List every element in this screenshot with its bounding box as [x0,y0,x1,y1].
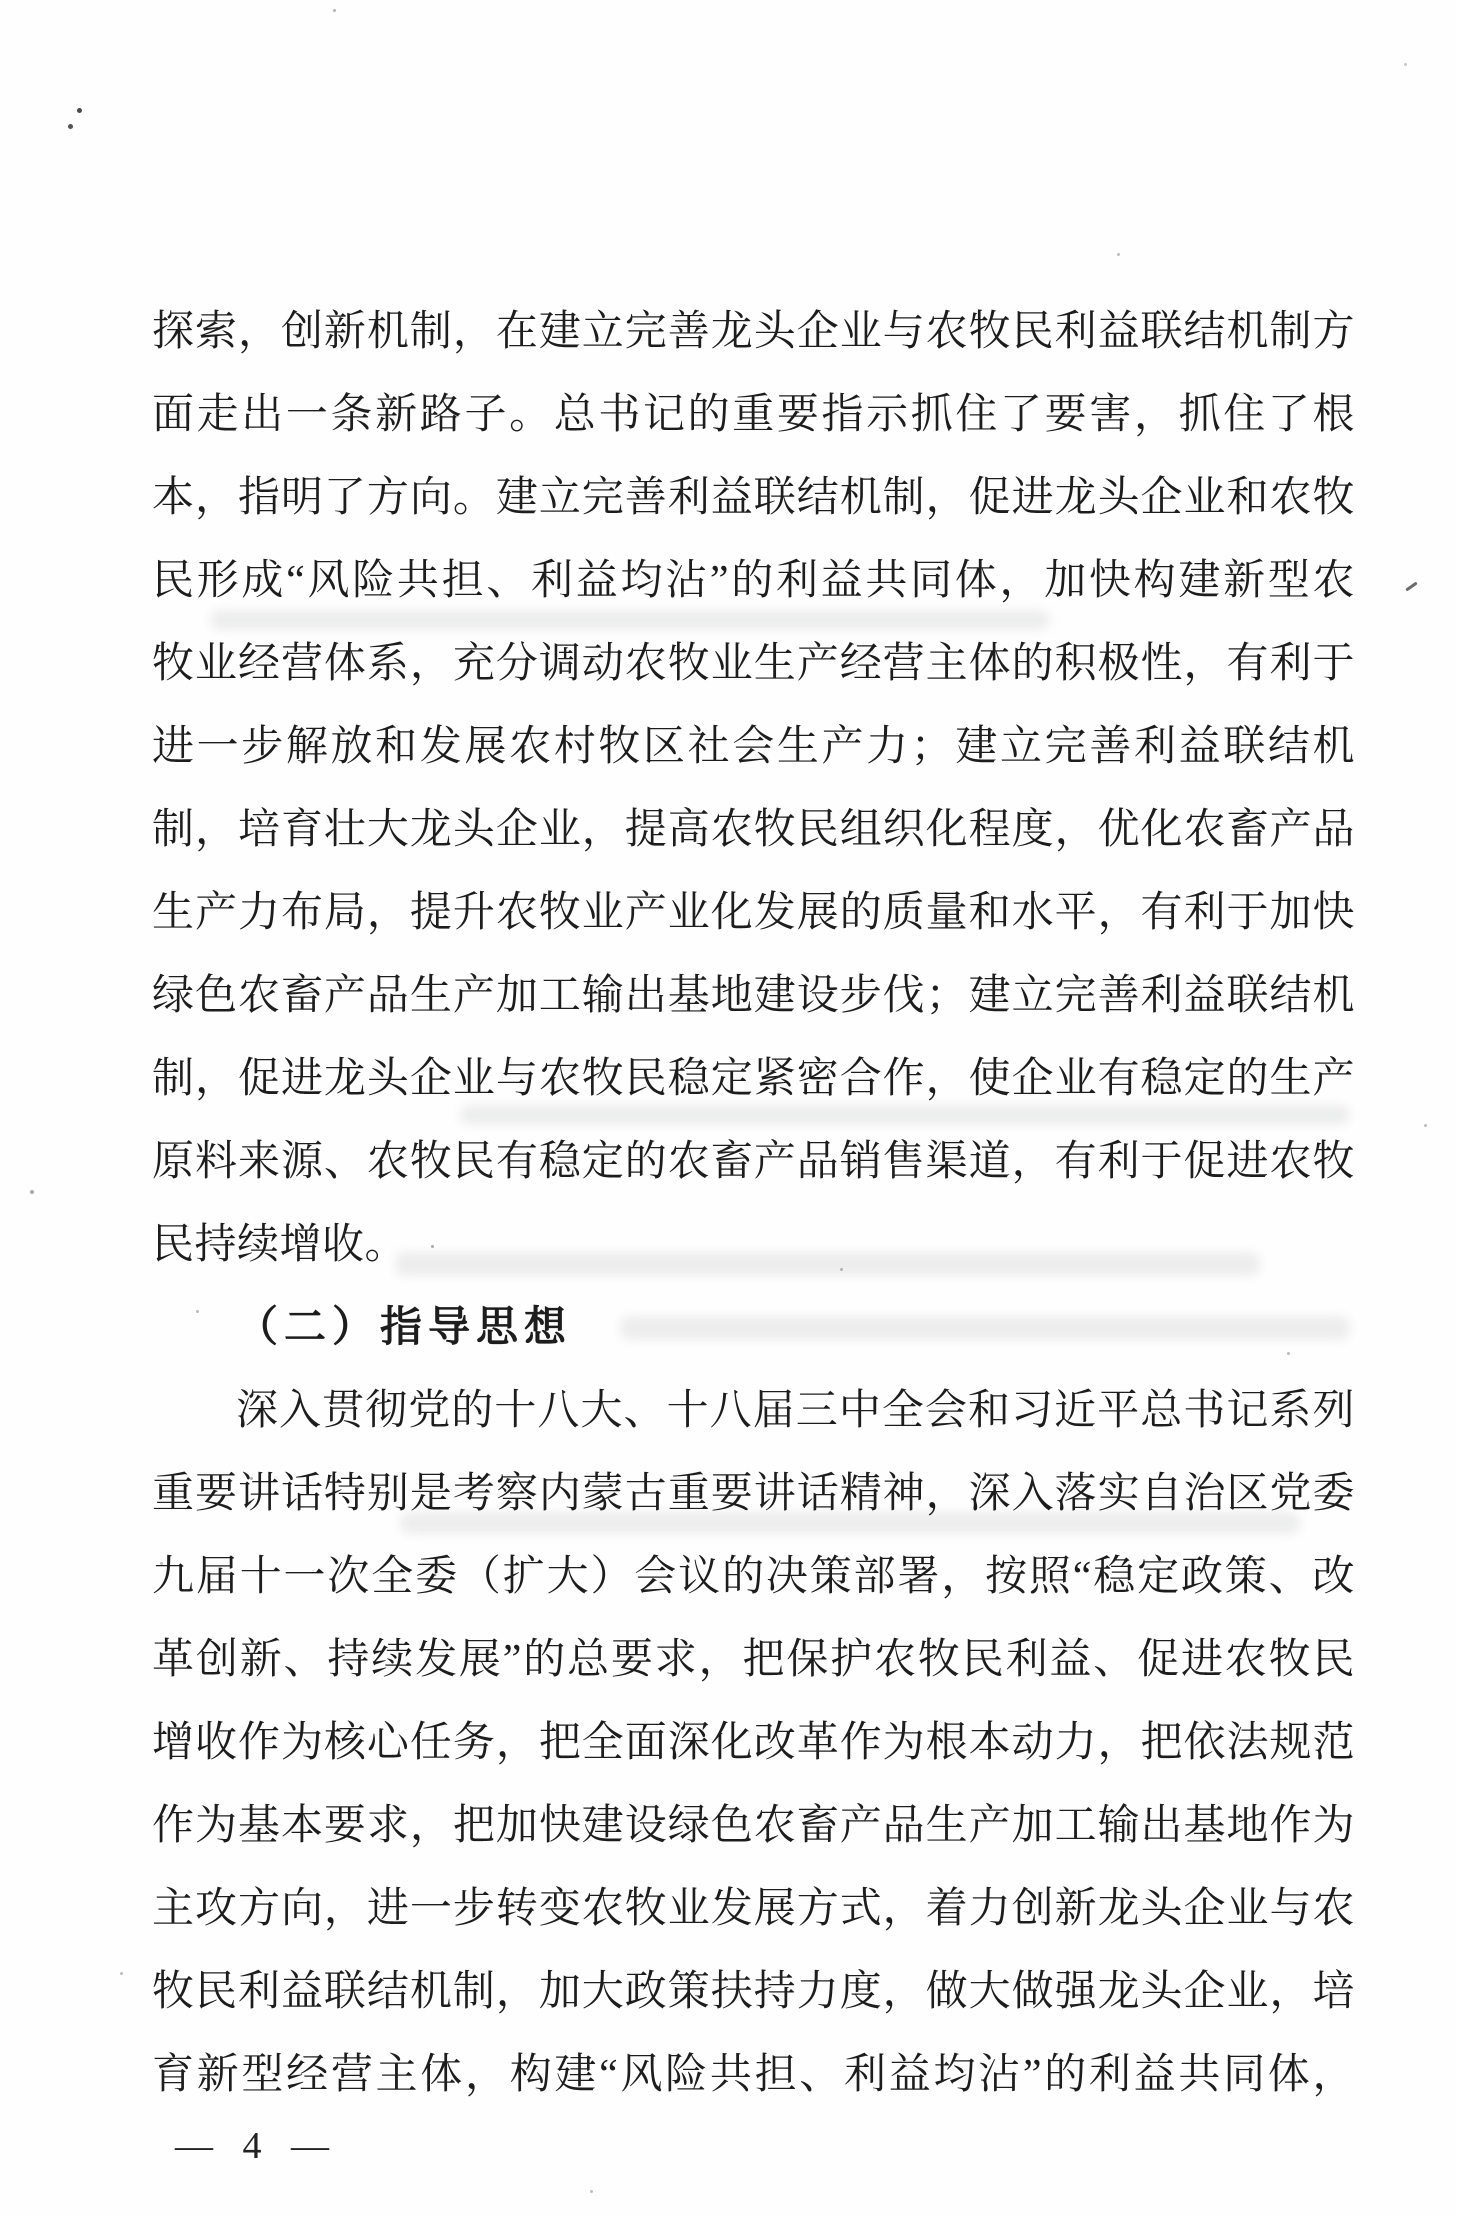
text-line: 民持续增收。 [152,1204,1355,1287]
scan-speck [68,124,73,129]
text-line: 绿色农畜产品生产加工输出基地建设步伐；建立完善利益联结机 [152,955,1355,1038]
text-line: 九届十一次全委（扩大）会议的决策部署，按照“稳定政策、改 [152,1536,1355,1619]
text-line: 民形成“风险共担、利益均沾”的利益共同体，加快构建新型农 [152,540,1355,623]
scan-speck [30,1190,34,1194]
text-line: 本，指明了方向。建立完善利益联结机制，促进龙头企业和农牧 [152,457,1355,540]
text-line: 牧民利益联结机制，加大政策扶持力度，做大做强龙头企业，培 [152,1951,1355,2034]
scan-speck [590,2190,593,2193]
text-line: 主攻方向，进一步转变农牧业发展方式，着力创新龙头企业与农 [152,1868,1355,1951]
text-line: 制，促进龙头企业与农牧民稳定紧密合作，使企业有稳定的生产 [152,1038,1355,1121]
scan-speck [77,108,82,113]
scan-speck [1404,63,1407,66]
section-heading: （二）指导思想 [152,1287,1355,1370]
text-line: 进一步解放和发展农村牧区社会生产力；建立完善利益联结机 [152,706,1355,789]
text-line: 面走出一条新路子。总书记的重要指示抓住了要害，抓住了根 [152,374,1355,457]
text-block: 探索，创新机制，在建立完善龙头企业与农牧民利益联结机制方面走出一条新路子。总书记… [152,291,1355,2117]
text-line: 原料来源、农牧民有稳定的农畜产品销售渠道，有利于促进农牧 [152,1121,1355,1204]
pen-tick-mark [1405,582,1417,592]
text-line: 革创新、持续发展”的总要求，把保护农牧民利益、促进农牧民 [152,1619,1355,1702]
text-line: 育新型经营主体，构建“风险共担、利益均沾”的利益共同体， [152,2034,1355,2117]
text-line: 牧业经营体系，充分调动农牧业生产经营主体的积极性，有利于 [152,623,1355,706]
text-line: 作为基本要求，把加快建设绿色农畜产品生产加工输出基地作为 [152,1785,1355,1868]
text-line: 重要讲话特别是考察内蒙古重要讲话精神，深入落实自治区党委 [152,1453,1355,1536]
scan-speck [120,1972,123,1975]
page-number: — 4 — [175,2122,339,2170]
text-line: 制，培育壮大龙头企业，提高农牧民组织化程度，优化农畜产品 [152,789,1355,872]
text-line: 生产力布局，提升农牧业产业化发展的质量和水平，有利于加快 [152,872,1355,955]
scanned-document-page: 探索，创新机制，在建立完善龙头企业与农牧民利益联结机制方面走出一条新路子。总书记… [0,0,1457,2217]
scan-speck [333,9,336,12]
text-line: 探索，创新机制，在建立完善龙头企业与农牧民利益联结机制方 [152,291,1355,374]
text-line: 增收作为核心任务，把全面深化改革作为根本动力，把依法规范 [152,1702,1355,1785]
scan-speck [1424,1124,1427,1127]
scan-speck [1117,253,1120,256]
text-line: 深入贯彻党的十八大、十八届三中全会和习近平总书记系列 [152,1370,1355,1453]
